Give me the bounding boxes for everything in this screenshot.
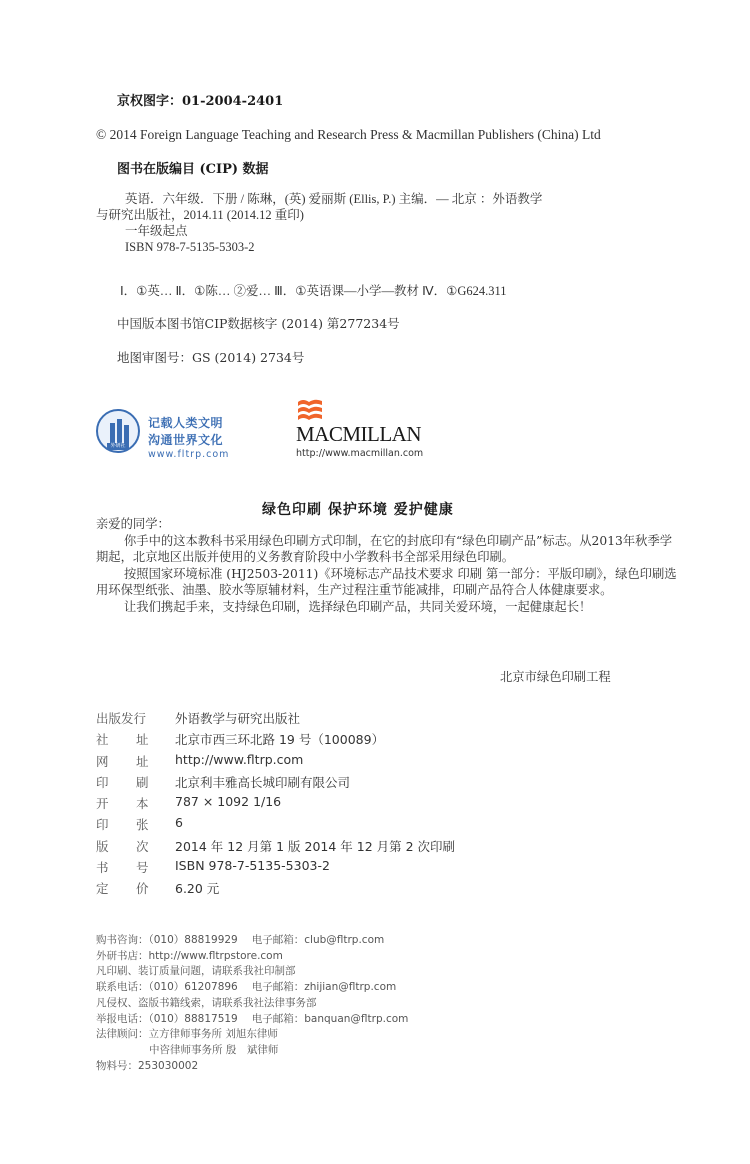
pub-value: 北京利丰雅高长城印刷有限公司 xyxy=(175,773,350,794)
legal-advisor-1: 法律顾问：立方律师事务所 刘旭东律师 xyxy=(96,1027,408,1043)
fltrp-slogan-1: 记载人类文明 xyxy=(148,414,223,431)
pub-row-printer: 印刷 北京利丰雅高长城印刷有限公司 xyxy=(96,773,455,794)
pub-row-sheets: 印张 6 xyxy=(96,815,455,836)
pub-row-price: 定价 6.20 元 xyxy=(96,879,455,900)
cip-line-1: 英语．六年级．下册 / 陈琳，(英) 爱丽斯 (Ellis, P.) 主编．— … xyxy=(96,191,686,207)
pub-row-isbn: 书号 ISBN 978-7-5135-5303-2 xyxy=(96,858,455,879)
pub-label-b: 本 xyxy=(136,794,149,815)
macmillan-url: http://www.macmillan.com xyxy=(296,448,423,459)
pub-row-format: 开本 787 × 1092 1/16 xyxy=(96,794,455,815)
contact-purchase: 购书咨询：（010）88819929电子邮箱：club@fltrp.com xyxy=(96,933,408,949)
copyright-notice: © 2014 Foreign Language Teaching and Res… xyxy=(96,127,601,143)
pub-value: 北京市西三环北路 19 号（100089） xyxy=(175,730,384,751)
pub-label-b: 址 xyxy=(136,730,149,751)
pub-label-b: 次 xyxy=(136,837,149,858)
pub-row-address: 社址 北京市西三环北路 19 号（100089） xyxy=(96,730,455,751)
cip-isbn: ISBN 978-7-5135-5303-2 xyxy=(96,239,686,255)
pub-value: ISBN 978-7-5135-5303-2 xyxy=(175,858,330,879)
pub-label-a: 定 xyxy=(96,879,136,900)
pub-row-publisher: 出版发行 外语教学与研究出版社 xyxy=(96,709,455,730)
map-approval-number: 地图审图号：GS (2014) 2734号 xyxy=(117,348,304,366)
green-greeting: 亲爱的同学： xyxy=(96,516,681,533)
pub-label-a: 开 xyxy=(96,794,136,815)
cip-number: 中国版本图书馆CIP数据核字 (2014) 第277234号 xyxy=(117,314,400,332)
pub-label-a: 书 xyxy=(96,858,136,879)
pub-value: http://www.fltrp.com xyxy=(175,752,303,773)
material-number: 物料号：253030002 xyxy=(96,1059,408,1075)
cip-line-2: 与研究出版社，2014.11 (2014.12 重印) xyxy=(96,207,686,223)
macmillan-book-icon xyxy=(296,398,324,422)
green-paragraph-3: 让我们携起手来，支持绿色印刷，选择绿色印刷产品，共同关爱环境，一起健康起长！ xyxy=(96,599,681,616)
cip-classification: Ⅰ．①英… Ⅱ．①陈… ②爱… Ⅲ．①英语课—小学—教材 Ⅳ．①G624.311 xyxy=(120,281,507,299)
contact-quality: 联系电话：（010）61207896电子邮箱：zhijian@fltrp.com xyxy=(96,980,408,996)
pub-label-a: 版 xyxy=(96,837,136,858)
pub-label-b: 张 xyxy=(136,815,149,836)
pub-label-b: 刷 xyxy=(136,773,149,794)
copyright-registration: 京权图字：01-2004-2401 xyxy=(117,90,283,109)
fltrp-url: www.fltrp.com xyxy=(148,449,229,460)
green-printing-body: 亲爱的同学： 你手中的这本教科书采用绿色印刷方式印制，在它的封底印有“绿色印刷产… xyxy=(96,516,681,615)
fltrp-logo: 外研社 记载人类文明 沟通世界文化 www.fltrp.com xyxy=(96,409,246,465)
report-email: banquan@fltrp.com xyxy=(304,1013,408,1025)
publication-info: 出版发行 外语教学与研究出版社 社址 北京市西三环北路 19 号（100089）… xyxy=(96,709,455,901)
contact-report: 举报电话：（010）88817519电子邮箱：banquan@fltrp.com xyxy=(96,1012,408,1028)
pub-row-website: 网址 http://www.fltrp.com xyxy=(96,752,455,773)
pub-label-a: 社 xyxy=(96,730,136,751)
green-printing-signature: 北京市绿色印刷工程 xyxy=(500,667,611,685)
legal-advisor-2: 中咨律师事务所 殷 斌律师 xyxy=(96,1043,408,1059)
quality-email: zhijian@fltrp.com xyxy=(304,981,396,993)
pub-value: 6 xyxy=(175,815,183,836)
fltrp-slogan-2: 沟通世界文化 xyxy=(148,431,223,448)
contact-store: 外研书店：http://www.fltrpstore.com xyxy=(96,949,408,965)
cip-record: 英语．六年级．下册 / 陈琳，(英) 爱丽斯 (Ellis, P.) 主编．— … xyxy=(96,191,686,255)
pub-value: 6.20 元 xyxy=(175,879,219,900)
contact-info: 购书咨询：（010）88819929电子邮箱：club@fltrp.com 外研… xyxy=(96,933,408,1074)
macmillan-logo: MACMILLAN http://www.macmillan.com xyxy=(296,398,416,464)
pub-value: 2014 年 12 月第 1 版 2014 年 12 月第 2 次印刷 xyxy=(175,837,455,858)
pub-row-edition: 版次 2014 年 12 月第 1 版 2014 年 12 月第 2 次印刷 xyxy=(96,837,455,858)
cip-line-3: 一年级起点 xyxy=(96,223,686,239)
store-url: http://www.fltrpstore.com xyxy=(149,950,283,962)
pub-label-a: 印 xyxy=(96,815,136,836)
pub-label-b: 址 xyxy=(136,752,149,773)
pub-label-a: 网 xyxy=(96,752,136,773)
quality-note: 凡印刷、装订质量问题，请联系我社印制部 xyxy=(96,964,408,980)
pub-value: 外语教学与研究出版社 xyxy=(175,709,300,730)
cip-title: 图书在版编目 (CIP) 数据 xyxy=(117,158,269,177)
green-paragraph-1: 你手中的这本教科书采用绿色印刷方式印制，在它的封底印有“绿色印刷产品”标志。从2… xyxy=(96,533,681,566)
pub-value: 787 × 1092 1/16 xyxy=(175,794,281,815)
green-paragraph-2: 按照国家环境标准 (HJ2503-2011)《环境标志产品技术要求 印刷 第一部… xyxy=(96,566,681,599)
pub-label-b: 价 xyxy=(136,879,149,900)
pub-label: 出版发行 xyxy=(96,709,175,730)
fltrp-emblem-icon: 外研社 xyxy=(96,409,140,453)
purchase-email: club@fltrp.com xyxy=(304,934,384,946)
macmillan-wordmark: MACMILLAN xyxy=(296,422,421,447)
piracy-note: 凡侵权、盗版书籍线索，请联系我社法律事务部 xyxy=(96,996,408,1012)
pub-label-a: 印 xyxy=(96,773,136,794)
pub-label-b: 号 xyxy=(136,858,149,879)
fltrp-emblem-text: 外研社 xyxy=(107,443,129,450)
